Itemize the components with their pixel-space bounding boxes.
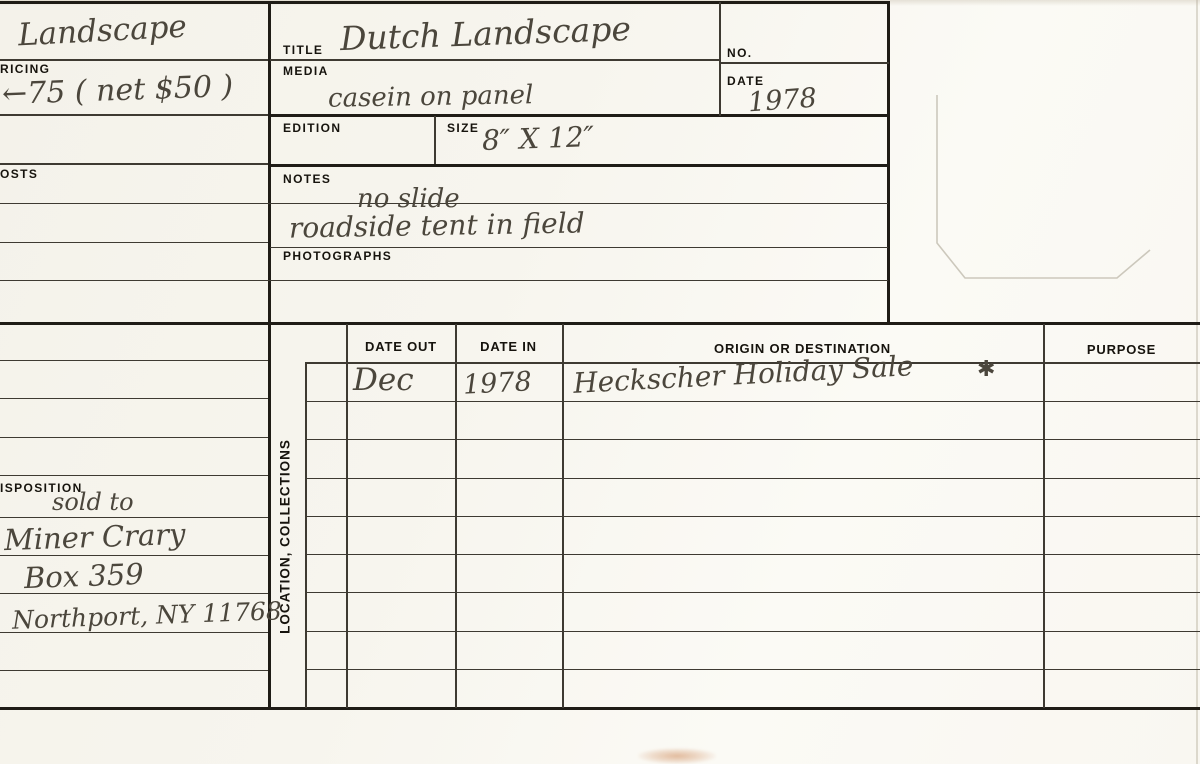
divider-line xyxy=(887,1,890,323)
table-row: Dec 1978 Heckscher Holiday Sale ✱ xyxy=(305,363,1200,401)
cell-origin-or-destination: Heckscher Holiday Sale xyxy=(573,352,914,398)
divider-line xyxy=(0,1,890,4)
costs-label: OSTS xyxy=(0,167,38,181)
table-row xyxy=(305,669,1200,707)
cell-date-out: Dec xyxy=(353,365,414,396)
table-header-purpose: PURPOSE xyxy=(1043,342,1200,357)
pricing-label: RICING xyxy=(0,62,50,76)
divider-line xyxy=(0,707,1200,710)
table-row xyxy=(305,516,1200,554)
divider-line xyxy=(0,242,268,243)
annotation-star-mark: ✱ xyxy=(977,359,995,381)
disposition-line-3: Box 359 xyxy=(24,560,145,593)
faded-stamp-mark xyxy=(638,748,716,764)
divider-line xyxy=(0,398,268,399)
divider-line xyxy=(0,475,268,476)
disposition-line-1: sold to xyxy=(52,490,134,514)
divider-line xyxy=(270,164,889,167)
title-value: Dutch Landscape xyxy=(340,12,632,55)
table-header-date-out: DATE OUT xyxy=(347,339,455,354)
divider-line xyxy=(0,360,268,361)
divider-line xyxy=(0,322,1200,325)
photographs-label: PHOTOGRAPHS xyxy=(283,249,392,263)
edition-label: EDITION xyxy=(283,121,341,135)
notes-line-2: roadside tent in field xyxy=(289,209,585,242)
divider-line xyxy=(0,163,268,165)
table-header-date-in: DATE IN xyxy=(455,339,562,354)
divider-line xyxy=(270,59,719,61)
date-value: 1978 xyxy=(747,85,817,117)
table-row xyxy=(305,554,1200,592)
table-row xyxy=(305,439,1200,478)
divider-line xyxy=(0,670,268,671)
table-row xyxy=(305,478,1200,516)
divider-line xyxy=(270,247,888,248)
media-value: casein on panel xyxy=(328,82,534,112)
divider-line xyxy=(0,280,888,281)
divider-line xyxy=(719,2,721,116)
divider-line xyxy=(0,114,268,116)
media-label: MEDIA xyxy=(283,64,329,78)
divider-line xyxy=(0,59,268,61)
divider-line xyxy=(719,62,889,64)
table-row xyxy=(305,592,1200,631)
disposition-line-4: Northport, NY 11768 xyxy=(12,598,283,632)
inventory-card: Landscape RICING ←75 ( net $50 ) OSTS IS… xyxy=(0,0,1200,764)
size-value: 8″ X 12″ xyxy=(482,123,595,155)
divider-line xyxy=(0,437,268,438)
divider-line xyxy=(434,116,436,164)
pricing-value: ←75 ( net $50 ) xyxy=(2,72,234,110)
disposition-line-2: Miner Crary xyxy=(4,520,186,555)
table-row xyxy=(305,401,1200,439)
size-label: SIZE xyxy=(447,121,479,135)
notes-label: NOTES xyxy=(283,172,331,186)
location-collections-label: LOCATION, COLLECTIONS xyxy=(278,412,299,662)
title-label: TITLE xyxy=(283,43,323,57)
table-row xyxy=(305,631,1200,669)
table-header-origin-or-destination: ORIGIN OR DESTINATION xyxy=(562,341,1043,356)
no-label: NO. xyxy=(727,46,753,60)
cell-date-in: 1978 xyxy=(462,368,532,399)
card-tab-heading: Landscape xyxy=(17,12,187,52)
